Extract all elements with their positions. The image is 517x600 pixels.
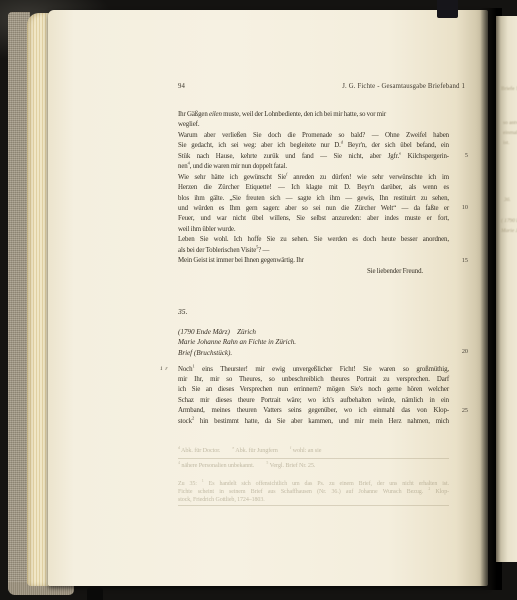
letter-35-heading: (1790 Ende März) ZürichMarie Johanne Rah… <box>178 327 449 358</box>
text-line: weglief. <box>178 120 449 130</box>
running-title: J. G. Fichte - Gesamtausgabe Briefeband … <box>342 83 465 90</box>
facing-page-fragment: Marie Joh <box>501 228 517 234</box>
text-line: Leben Sie wohl. Ich hoffe Sie zu sehen. … <box>178 235 449 245</box>
footnote-rule <box>178 505 449 506</box>
letter-34-closing: Sie liebender Freund. <box>178 267 449 277</box>
text-line: 4 nähere Personalien unbekannt. 5 Vergl.… <box>178 462 449 471</box>
text-line: Feuer, und war nicht übel willens, Sie s… <box>178 214 449 224</box>
facing-page-fragment: Briefe 1790 <box>501 86 517 92</box>
top-clip <box>437 0 458 18</box>
text-line: Herzen die Zürcher Etiquette! — Ich klag… <box>178 183 449 193</box>
apparatus-notes: 4 nähere Personalien unbekannt. 5 Vergl.… <box>178 462 449 471</box>
facing-page-fragment: 36. <box>504 197 511 203</box>
text-line: Warum aber verließen Sie doch die Promen… <box>178 131 449 141</box>
scanned-book-photo: Briefe 1790 so antwo einmal, ist. 36. ( … <box>0 0 517 600</box>
footnote-rule <box>178 458 449 459</box>
folio-note: 1 r <box>160 366 168 372</box>
text-line: und würden es Ihm gern sagen: aber so se… <box>178 204 449 214</box>
text-line: Marie Johanne Rahn an Fichte in Zürich. <box>178 337 449 347</box>
facing-page-fragment: ( 1790 End <box>501 218 517 224</box>
text-line: d Abk. für Doctor. e Abk. für Jungfern f… <box>178 447 449 456</box>
text-line: nen4, und die waren mir nun doppelt fata… <box>178 162 449 172</box>
opening-pre: Ihr Gäßgen <box>178 111 209 118</box>
text-line: Armband, meines theuren Vatters seins ge… <box>178 406 449 416</box>
text-line: blos ihm gälte. „Sie freuten sich — sagt… <box>178 194 449 204</box>
margin-line-number: 15 <box>452 257 468 264</box>
apparatus-variants: d Abk. für Doctor. e Abk. für Jungfern f… <box>178 447 449 456</box>
text-line: mir Ihr, mir so Theures, so unbeschreibl… <box>178 375 449 385</box>
text-line: Sie gedacht, ich sei weg: aber ich begle… <box>178 141 449 151</box>
letter-34-lines: weglief.Warum aber verließen Sie doch di… <box>178 120 449 266</box>
facing-page-fragment: so antwo <box>503 120 517 126</box>
margin-line-number: 10 <box>452 204 468 211</box>
text-line: als bei der Toblerischen Visite5? — <box>178 246 449 256</box>
bottom-tab <box>87 587 103 600</box>
text-line: Schaz mir dieses theure Portrait wäre; w… <box>178 396 449 406</box>
text-line: Stük nach Hause, kehrte zurük und fand —… <box>178 152 449 162</box>
text-line: stock, Friedrich Gottlieb, 1724–1803. <box>178 496 449 504</box>
opening-post: muste, weil der Lohnbediente, den ich be… <box>222 111 386 118</box>
letter-35-text: Noch1 eins Theurster! mir ewig unvergeßl… <box>178 365 449 428</box>
text-line: Wie sehr hätte ich gewünscht Sief anrede… <box>178 173 449 183</box>
letter-34-text: Ihr Gäßgen eilen muste, weil der Lohnbed… <box>178 110 449 277</box>
page-header: 94 J. G. Fichte - Gesamtausgabe Briefeba… <box>178 83 465 90</box>
opening-italic-word: eilen <box>209 111 222 118</box>
facing-page-fragment: einmal, <box>503 130 517 136</box>
page-number: 94 <box>178 83 185 90</box>
text-line: Noch1 eins Theurster! mir ewig unvergeßl… <box>178 365 449 375</box>
facing-page-sliver: Briefe 1790 so antwo einmal, ist. 36. ( … <box>496 16 517 562</box>
text-line: (1790 Ende März) Zürich <box>178 327 449 337</box>
text-line: Zu 35: 1 Es handelt sich offensichtlich … <box>178 480 449 488</box>
margin-line-number: 5 <box>452 152 468 159</box>
apparatus-commentary: Zu 35: 1 Es handelt sich offensichtlich … <box>178 480 449 505</box>
text-line: weil ihm übler wurde. <box>178 225 449 235</box>
text-line: ich Sie an dieses Versprechen nun errinn… <box>178 385 449 395</box>
facing-page-fragment: ist. <box>503 140 509 146</box>
margin-line-number: 20 <box>452 348 468 355</box>
text-line: Fichte scheint in seinem Brief aus Schaf… <box>178 488 449 496</box>
text-line: Mein Geist ist immer bei Ihnen gegenwärt… <box>178 256 449 266</box>
letter-35-number: 35. <box>178 307 188 316</box>
margin-line-number: 25 <box>452 407 468 414</box>
text-line: Brief (Bruchstück). <box>178 348 449 358</box>
letter-34-opening-line: Ihr Gäßgen eilen muste, weil der Lohnbed… <box>178 110 449 120</box>
text-line: stock2 hin bestimmt hatte, da Sie aber k… <box>178 417 449 427</box>
